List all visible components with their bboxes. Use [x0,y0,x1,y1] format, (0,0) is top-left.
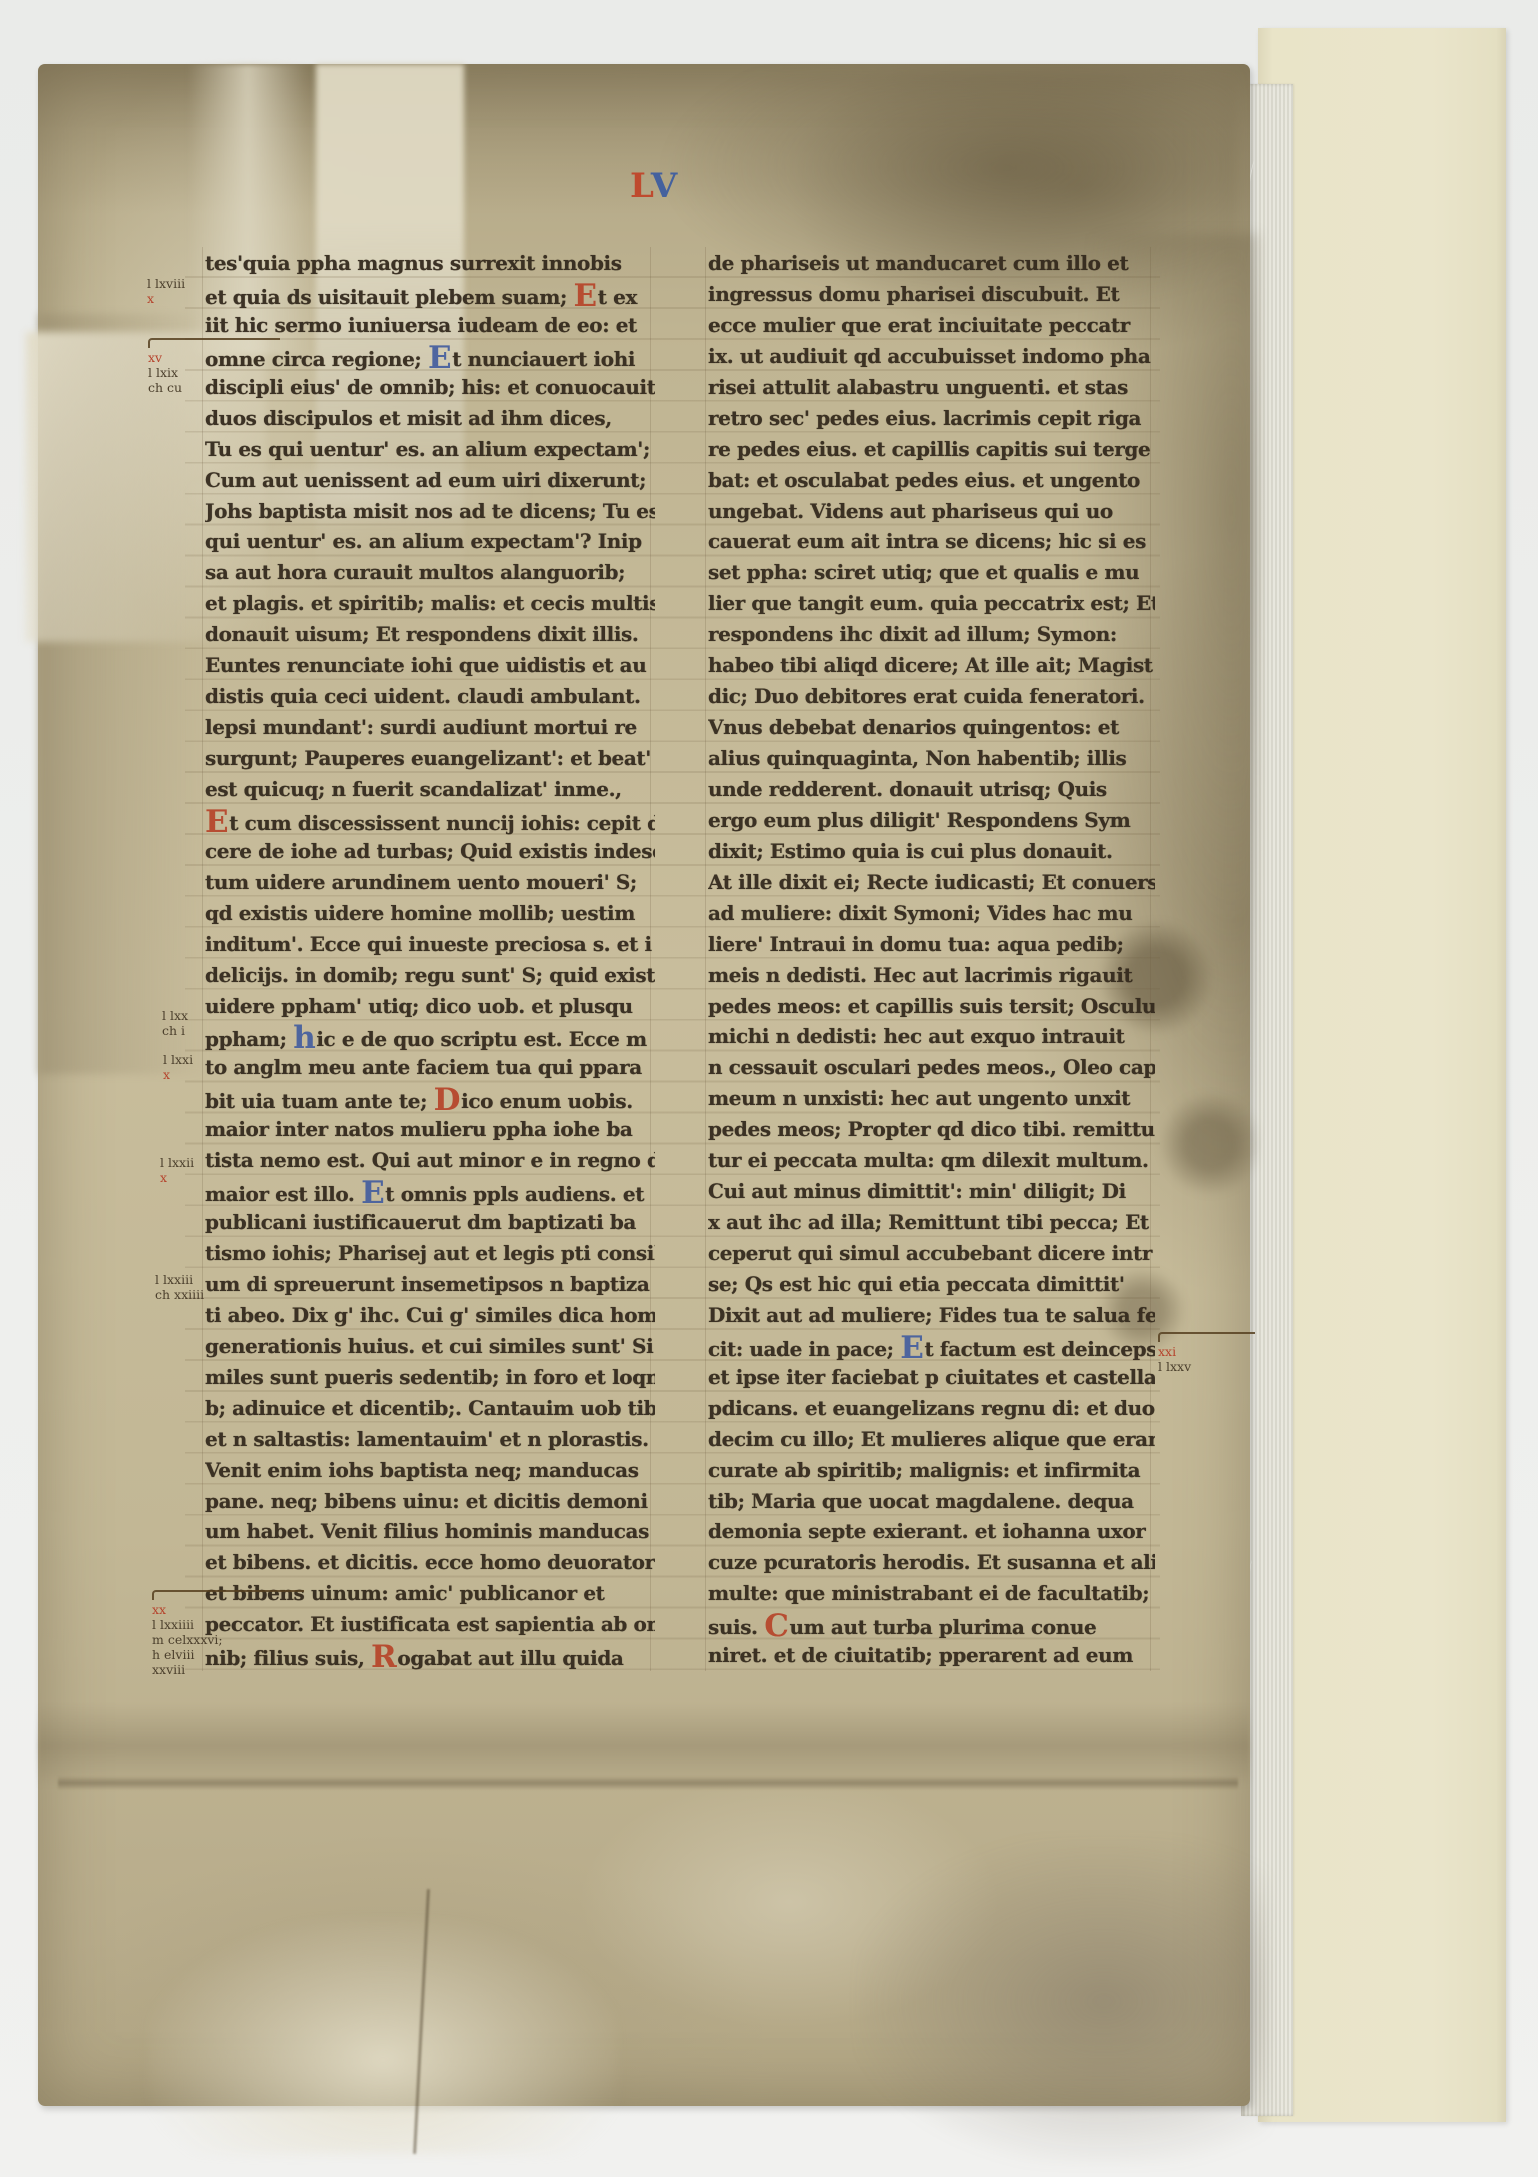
folio-letter-l: L [630,166,651,206]
margin-note-line: l lxx [162,1008,188,1023]
folio-number: LV [630,166,678,206]
margin-note-line: l lxxi [163,1052,193,1067]
margin-note-line: l lxviii [147,276,185,291]
text-line: qd existis uidere homine mollib; uestim [205,898,655,929]
text-line: maior inter natos mulieru ppha iohe ba [205,1114,655,1145]
parchment-stain [858,1839,1268,2164]
margin-note-line: xxi [1158,1344,1255,1359]
text-line: to anglm meu ante faciem tua qui ppara [205,1052,655,1083]
text-line: donauit uisum; Et respondens dixit illis… [205,619,655,650]
text-line: At ille dixit ei; Recte iudicasti; Et co… [708,867,1155,898]
illuminated-initial: E [900,1333,923,1362]
text-line: Johs baptista misit nos ad te dicens; Tu… [205,496,655,527]
illuminated-initial: R [371,1642,396,1671]
text-line: ceperut qui simul accubebant dicere intr [708,1238,1155,1269]
text-line: um habet. Venit filius hominis manducas [205,1516,655,1547]
text-line: et plagis. et spiritib; malis: et cecis … [205,588,655,619]
fold-crease [58,1776,1238,1790]
text-line: demonia septe exierant. et iohanna uxor [708,1516,1155,1547]
text-line: se; Qs est hic qui etia peccata dimittit… [708,1269,1155,1300]
margin-note-line: x [163,1067,193,1082]
margin-note-bracket [152,1590,304,1600]
margin-note-line: l lxxiiii [152,1617,304,1632]
illuminated-initial: E [574,281,597,310]
text-line: Cum aut uenissent ad eum uiri dixerunt; [205,465,655,496]
text-line: ti abeo. Dix g' ihc. Cui g' similes dica… [205,1300,655,1331]
text-line: et bibens. et dicitis. ecce homo deuorat… [205,1547,655,1578]
text-line: pane. neq; bibens uinu: et dicitis demon… [205,1486,655,1517]
text-line: inditum'. Ecce qui inueste preciosa s. e… [205,929,655,960]
text-line: risei attulit alabastru unguenti. et sta… [708,372,1155,403]
margin-note-bracket [148,338,280,348]
text-line: unde redderent. donauit utrisq; Quis [708,774,1155,805]
text-line: lepsi mundant': surdi audiunt mortui re [205,712,655,743]
text-line: alius quinquaginta, Non habentib; illis [708,743,1155,774]
text-line: cere de iohe ad turbas; Quid existis ind… [205,836,655,867]
text-line: et ipse iter faciebat p ciuitates et cas… [708,1362,1155,1393]
text-line: pedes meos; Propter qd dico tibi. remitt… [708,1114,1155,1145]
text-line: delicijs. in domib; regu sunt' S; quid e… [205,960,655,991]
margin-note: l lxxiix [160,1155,194,1185]
text-line: ix. ut audiuit qd accubuisset indomo pha [708,341,1155,372]
text-line: um di spreuerunt insemetipsos n baptiza [205,1269,655,1300]
text-line: tismo iohis; Pharisej aut et legis pti c… [205,1238,655,1269]
text-line: Dixit aut ad muliere; Fides tua te salua… [708,1300,1155,1331]
text-line: ungebat. Videns aut phariseus qui uo [708,496,1155,527]
margin-note: l lxxiiich xxiiii [155,1272,204,1302]
margin-note-line: x [160,1170,194,1185]
margin-note-line: xv [148,350,280,365]
text-line: de phariseis ut manducaret cum illo et [708,248,1155,279]
illuminated-initial: D [434,1085,460,1114]
text-line: uidere ppham' utiq; dico uob. et plusqu [205,991,655,1022]
text-line: decim cu illo; Et mulieres alique que er… [708,1424,1155,1455]
text-line: curate ab spiritib; malignis: et infirmi… [708,1455,1155,1486]
text-line: ergo eum plus diligit' Respondens Sym [708,805,1155,836]
margin-note: l lxviiix [147,276,185,306]
text-line: publicani iustificauerut dm baptizati ba [205,1207,655,1238]
margin-note: l lxxch i [162,1008,188,1038]
text-line: liere' Intraui in domu tua: aqua pedib; [708,929,1155,960]
text-line: meis n dedisti. Hec aut lacrimis rigauit [708,960,1155,991]
text-line: pdicans. et euangelizans regnu di: et du… [708,1393,1155,1424]
text-line: tes'quia ppha magnus surrexit innobis [205,248,655,279]
text-line: qui uentur' es. an alium expectam'? Inip [205,526,655,557]
text-line: ad muliere: dixit Symoni; Vides hac mu [708,898,1155,929]
text-line: n cessauit osculari pedes meos., Oleo ca… [708,1052,1155,1083]
text-line: tum uidere arundinem uento moueri' S; [205,867,655,898]
text-line: et quia ds uisitauit plebem suam; Et ex [205,279,655,310]
text-line: pedes meos: et capillis suis tersit; Osc… [708,991,1155,1022]
margin-note-line: xx [152,1602,304,1617]
text-line: Venit enim iohs baptista neq; manducas [205,1455,655,1486]
margin-note: xvl lxixch cu [148,338,280,395]
ruled-lines [705,247,706,1671]
folio-letter-v: V [651,166,678,206]
illuminated-initial: E [428,343,451,372]
margin-note-line: l lxix [148,365,280,380]
text-line: Vnus debebat denarios quingentos: et [708,712,1155,743]
text-line: Et cum discessissent nuncij iohis: cepit… [205,805,655,836]
text-line: duos discipulos et misit ad ihm dices, [205,403,655,434]
text-line: retro sec' pedes eius. lacrimis cepit ri… [708,403,1155,434]
text-line: b; adinuice et dicentib;. Cantauim uob t… [205,1393,655,1424]
margin-note-bracket [1158,1332,1255,1342]
margin-note-line: ch i [162,1023,188,1038]
margin-note-line: x [147,291,185,306]
text-line: lier que tangit eum. quia peccatrix est;… [708,588,1155,619]
illuminated-initial: E [205,807,228,836]
text-line: ingressus domu pharisei discubuit. Et [708,279,1155,310]
text-line: iit hic sermo iuniuersa iudeam de eo: et [205,310,655,341]
text-line: suis. Cum aut turba plurima conue [708,1609,1155,1640]
margin-note-line: ch xxiiii [155,1287,204,1302]
text-line: tur ei peccata multa: qm dilexit multum. [708,1145,1155,1176]
text-line: ppham; hic e de quo scriptu est. Ecce m [205,1021,655,1052]
text-line: set ppha: sciret utiq; que et qualis e m… [708,557,1155,588]
text-line: Euntes renunciate iohi que uidistis et a… [205,650,655,681]
flyleaf-page [1258,28,1506,2122]
margin-note-line: xxviii [152,1662,304,1677]
text-line: Cui aut minus dimittit': min' diligit; D… [708,1176,1155,1207]
text-line: tib; Maria que uocat magdalene. dequa [708,1486,1155,1517]
margin-note-line: ch cu [148,380,280,395]
text-line: et n saltastis: lamentauim' et n plorast… [205,1424,655,1455]
text-line: cit: uade in pace; Et factum est deincep… [708,1331,1155,1362]
text-line: x aut ihc ad illa; Remittunt tibi pecca;… [708,1207,1155,1238]
text-line: dic; Duo debitores erat cuida feneratori… [708,681,1155,712]
illuminated-initial: h [293,1023,315,1052]
margin-note: xxl lxxiiiim celxxxvi;h elviiixxviii [152,1590,304,1677]
right-column: de phariseis ut manducaret cum illo etin… [708,248,1155,1671]
manuscript-photo: LV tes'quia ppha magnus surrexit innobis… [0,0,1538,2177]
text-line: generationis huius. et cui similes sunt'… [205,1331,655,1362]
text-line: maior est illo. Et omnis ppls audiens. e… [205,1176,655,1207]
text-line: Tu es qui uentur' es. an alium expectam'… [205,434,655,465]
text-line: respondens ihc dixit ad illum; Symon: [708,619,1155,650]
margin-note-line: m celxxxvi; [152,1632,304,1647]
ruled-lines [202,247,203,1671]
text-line: sa aut hora curauit multos alanguorib; [205,557,655,588]
text-line: habeo tibi aliqd dicere; At ille ait; Ma… [708,650,1155,681]
illuminated-initial: C [764,1611,788,1640]
text-line: multe: que ministrabant ei de facultatib… [708,1578,1155,1609]
text-line: re pedes eius. et capillis capitis sui t… [708,434,1155,465]
margin-note: l lxxix [163,1052,193,1082]
margin-note-line: l lxxii [160,1155,194,1170]
text-line: distis quia ceci uident. claudi ambulant… [205,681,655,712]
text-line: bit uia tuam ante te; Dico enum uobis. [205,1083,655,1114]
margin-note-line: l lxxv [1158,1359,1255,1374]
margin-note-line: h elviii [152,1647,304,1662]
left-column: tes'quia ppha magnus surrexit innobiset … [205,248,655,1671]
text-line: cauerat eum ait intra se dicens; hic si … [708,526,1155,557]
text-line: tista nemo est. Qui aut minor e in regno… [205,1145,655,1176]
text-line: dixit; Estimo quia is cui plus donauit. [708,836,1155,867]
damage-patch [148,1919,618,2154]
text-line: surgunt; Pauperes euangelizant': et beat… [205,743,655,774]
margin-note: xxil lxxv [1158,1332,1255,1374]
margin-note-line: l lxxiii [155,1272,204,1287]
text-line: meum n unxisti: hec aut ungento unxit [708,1083,1155,1114]
text-line: cuze pcuratoris herodis. Et susanna et a… [708,1547,1155,1578]
text-line: miles sunt pueris sedentib; in foro et l… [205,1362,655,1393]
text-line: bat: et osculabat pedes eius. et ungento [708,465,1155,496]
text-line: michi n dedisti: hec aut exquo intrauit [708,1021,1155,1052]
text-line: niret. et de ciuitatib; pperarent ad eum [708,1640,1155,1671]
illuminated-initial: E [361,1178,384,1207]
text-line: est quicuq; n fuerit scandalizat' inme., [205,774,655,805]
text-line: ecce mulier que erat inciuitate peccatr [708,310,1155,341]
